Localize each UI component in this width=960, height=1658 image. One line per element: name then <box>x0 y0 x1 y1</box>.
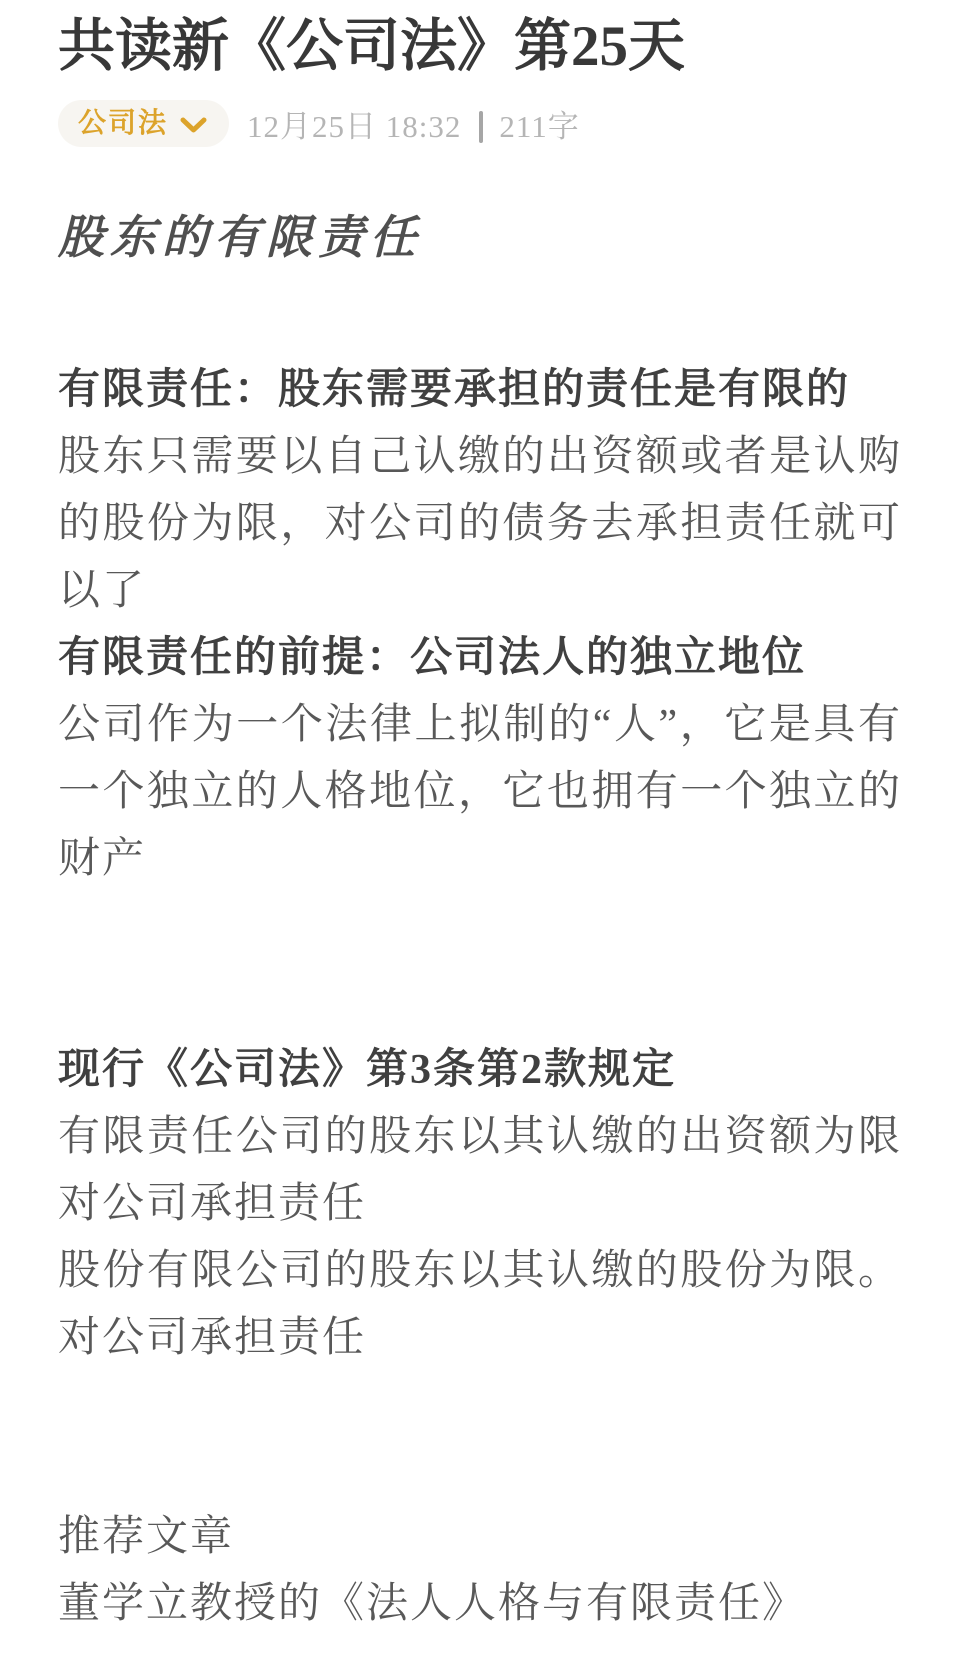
content-section-limited-liability: 有限责任：股东需要承担的责任是有限的 股东只需要以自己认缴的出资额或者是认购的股… <box>58 357 902 893</box>
paragraph: 股东只需要以自己认缴的出资额或者是认购的股份为限，对公司的债务去承担责任就可以了 <box>58 424 902 625</box>
paragraph: 公司作为一个法律上拟制的“人”，它是具有一个独立的人格地位，它也拥有一个独立的财… <box>58 692 902 893</box>
page-title: 共读新《公司法》第25天 <box>58 12 902 82</box>
paragraph: 有限责任公司的股东以其认缴的出资额为限对公司承担责任 <box>58 1104 902 1238</box>
paragraph: 推荐文章 <box>58 1504 902 1571</box>
article-page: 共读新《公司法》第25天 公司法 12月25日 18:32 211字 股东的有限… <box>0 0 960 1658</box>
content-section-recommended: 推荐文章 董学立教授的《法人人格与有限责任》 <box>58 1504 902 1638</box>
paragraph-heading: 有限责任：股东需要承担的责任是有限的 <box>58 357 902 424</box>
paragraph-heading: 有限责任的前提：公司法人的独立地位 <box>58 625 902 692</box>
meta-divider <box>479 111 483 143</box>
chevron-down-icon <box>180 117 207 134</box>
paragraph: 股份有限公司的股东以其认缴的股份为限。对公司承担责任 <box>58 1238 902 1372</box>
category-tag-label: 公司法 <box>78 110 168 138</box>
paragraph-heading: 现行《公司法》第3条第2款规定 <box>58 1037 902 1104</box>
paragraph: 董学立教授的《法人人格与有限责任》 <box>58 1571 902 1638</box>
content-section-current-law: 现行《公司法》第3条第2款规定 有限责任公司的股东以其认缴的出资额为限对公司承担… <box>58 1037 902 1372</box>
article-subtitle: 股东的有限责任 <box>58 210 902 265</box>
category-tag[interactable]: 公司法 <box>58 100 229 147</box>
word-count: 211字 <box>499 101 579 146</box>
meta-row: 公司法 12月25日 18:32 211字 <box>58 100 902 148</box>
publish-date: 12月25日 18:32 <box>247 101 461 146</box>
